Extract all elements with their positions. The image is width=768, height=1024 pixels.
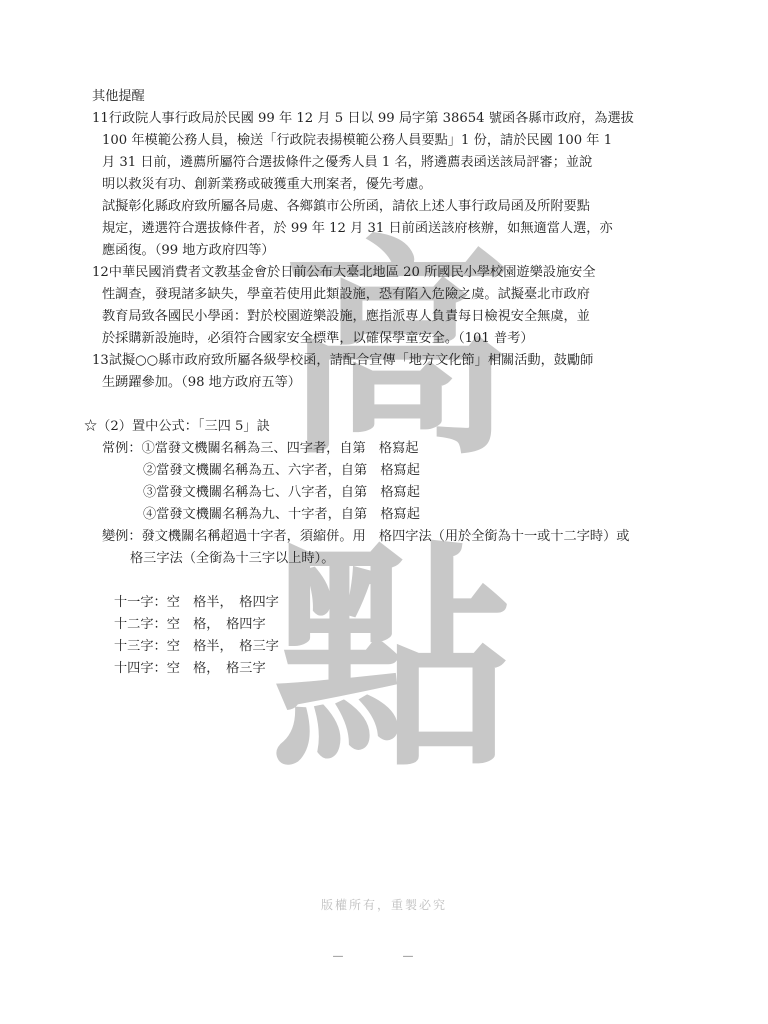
item-11: 11行政院人事行政局於民國 99 年 12 月 5 日以 99 局字第 3865… — [92, 108, 692, 262]
regular-label: 常例： — [102, 441, 142, 456]
item-number: 12 — [92, 265, 109, 280]
centering-heading: ☆（2）置中公式：「三四 5」訣 — [84, 416, 692, 438]
item-line: 於採購新設施時，必須符合國家安全標準，以確保學童安全。（101 普考） — [92, 328, 692, 350]
formula-line: 十四字：空 格， 格三字 — [92, 658, 692, 680]
section-title: 其他提醒 — [92, 86, 692, 108]
document-body: 其他提醒 11行政院人事行政局於民國 99 年 12 月 5 日以 99 局字第… — [92, 86, 692, 680]
item-line: 試擬○○縣市政府致所屬各級學校函，請配合宣傳「地方文化節」相關活動，鼓勵師 — [109, 353, 594, 368]
regular-rule: ④當發文機關名稱為九、十字者，自第 格寫起 — [92, 504, 692, 526]
formula-line: 十二字：空 格， 格四字 — [92, 614, 692, 636]
item-line: 月 31 日前，遴薦所屬符合選拔條件之優秀人員 1 名，將遴薦表函送該局評審；並… — [92, 152, 692, 174]
item-13: 13試擬○○縣市政府致所屬各級學校函，請配合宣傳「地方文化節」相關活動，鼓勵師 … — [92, 350, 692, 394]
variant-line: 發文機關名稱超過十字者，須縮併。用 格四字法（用於全銜為十一或十二字時）或 — [142, 529, 630, 544]
page-number: － － — [0, 946, 768, 965]
variant-label: 變例： — [102, 529, 142, 544]
item-number: 11 — [92, 111, 109, 126]
formula-line: 十一字：空 格半， 格四字 — [92, 592, 692, 614]
item-line: 應函復。（99 地方政府四等） — [92, 240, 692, 262]
regular-rule: ②當發文機關名稱為五、六字者，自第 格寫起 — [92, 460, 692, 482]
copyright-notice: 版權所有，重製必究 — [0, 896, 768, 913]
variant-line: 格三字法（全銜為十三字以上時）。 — [92, 548, 692, 570]
item-line: 生踴躍參加。（98 地方政府五等） — [92, 372, 692, 394]
item-line: 性調查，發現諸多缺失，學童若使用此類設施，恐有陷入危險之虞。試擬臺北市政府 — [92, 284, 692, 306]
item-line: 明以救災有功、創新業務或破獲重大刑案者，優先考慮。 — [92, 174, 692, 196]
regular-rule: ③當發文機關名稱為七、八字者，自第 格寫起 — [92, 482, 692, 504]
item-line: 教育局致各國民小學函：對於校園遊樂設施，應指派專人負責每日檢視安全無虞，並 — [92, 306, 692, 328]
item-line: 規定，遴選符合選拔條件者，於 99 年 12 月 31 日前函送該府核辦，如無適… — [92, 218, 692, 240]
regular-rule: ①當發文機關名稱為三、四字者，自第 格寫起 — [142, 441, 419, 456]
item-line: 試擬彰化縣政府致所屬各局處、各鄉鎮市公所函，請依上述人事行政局函及所附要點 — [92, 196, 692, 218]
item-12: 12中華民國消費者文教基金會於日前公布大臺北地區 20 所國民小學校園遊樂設施安… — [92, 262, 692, 350]
item-line: 行政院人事行政局於民國 99 年 12 月 5 日以 99 局字第 38654 … — [109, 111, 634, 126]
formula-line: 十三字：空 格半， 格三字 — [92, 636, 692, 658]
item-line: 中華民國消費者文教基金會於日前公布大臺北地區 20 所國民小學校園遊樂設施安全 — [109, 265, 596, 280]
item-number: 13 — [92, 353, 109, 368]
item-line: 100 年模範公務人員，檢送「行政院表揚模範公務人員要點」1 份，請於民國 10… — [92, 130, 692, 152]
